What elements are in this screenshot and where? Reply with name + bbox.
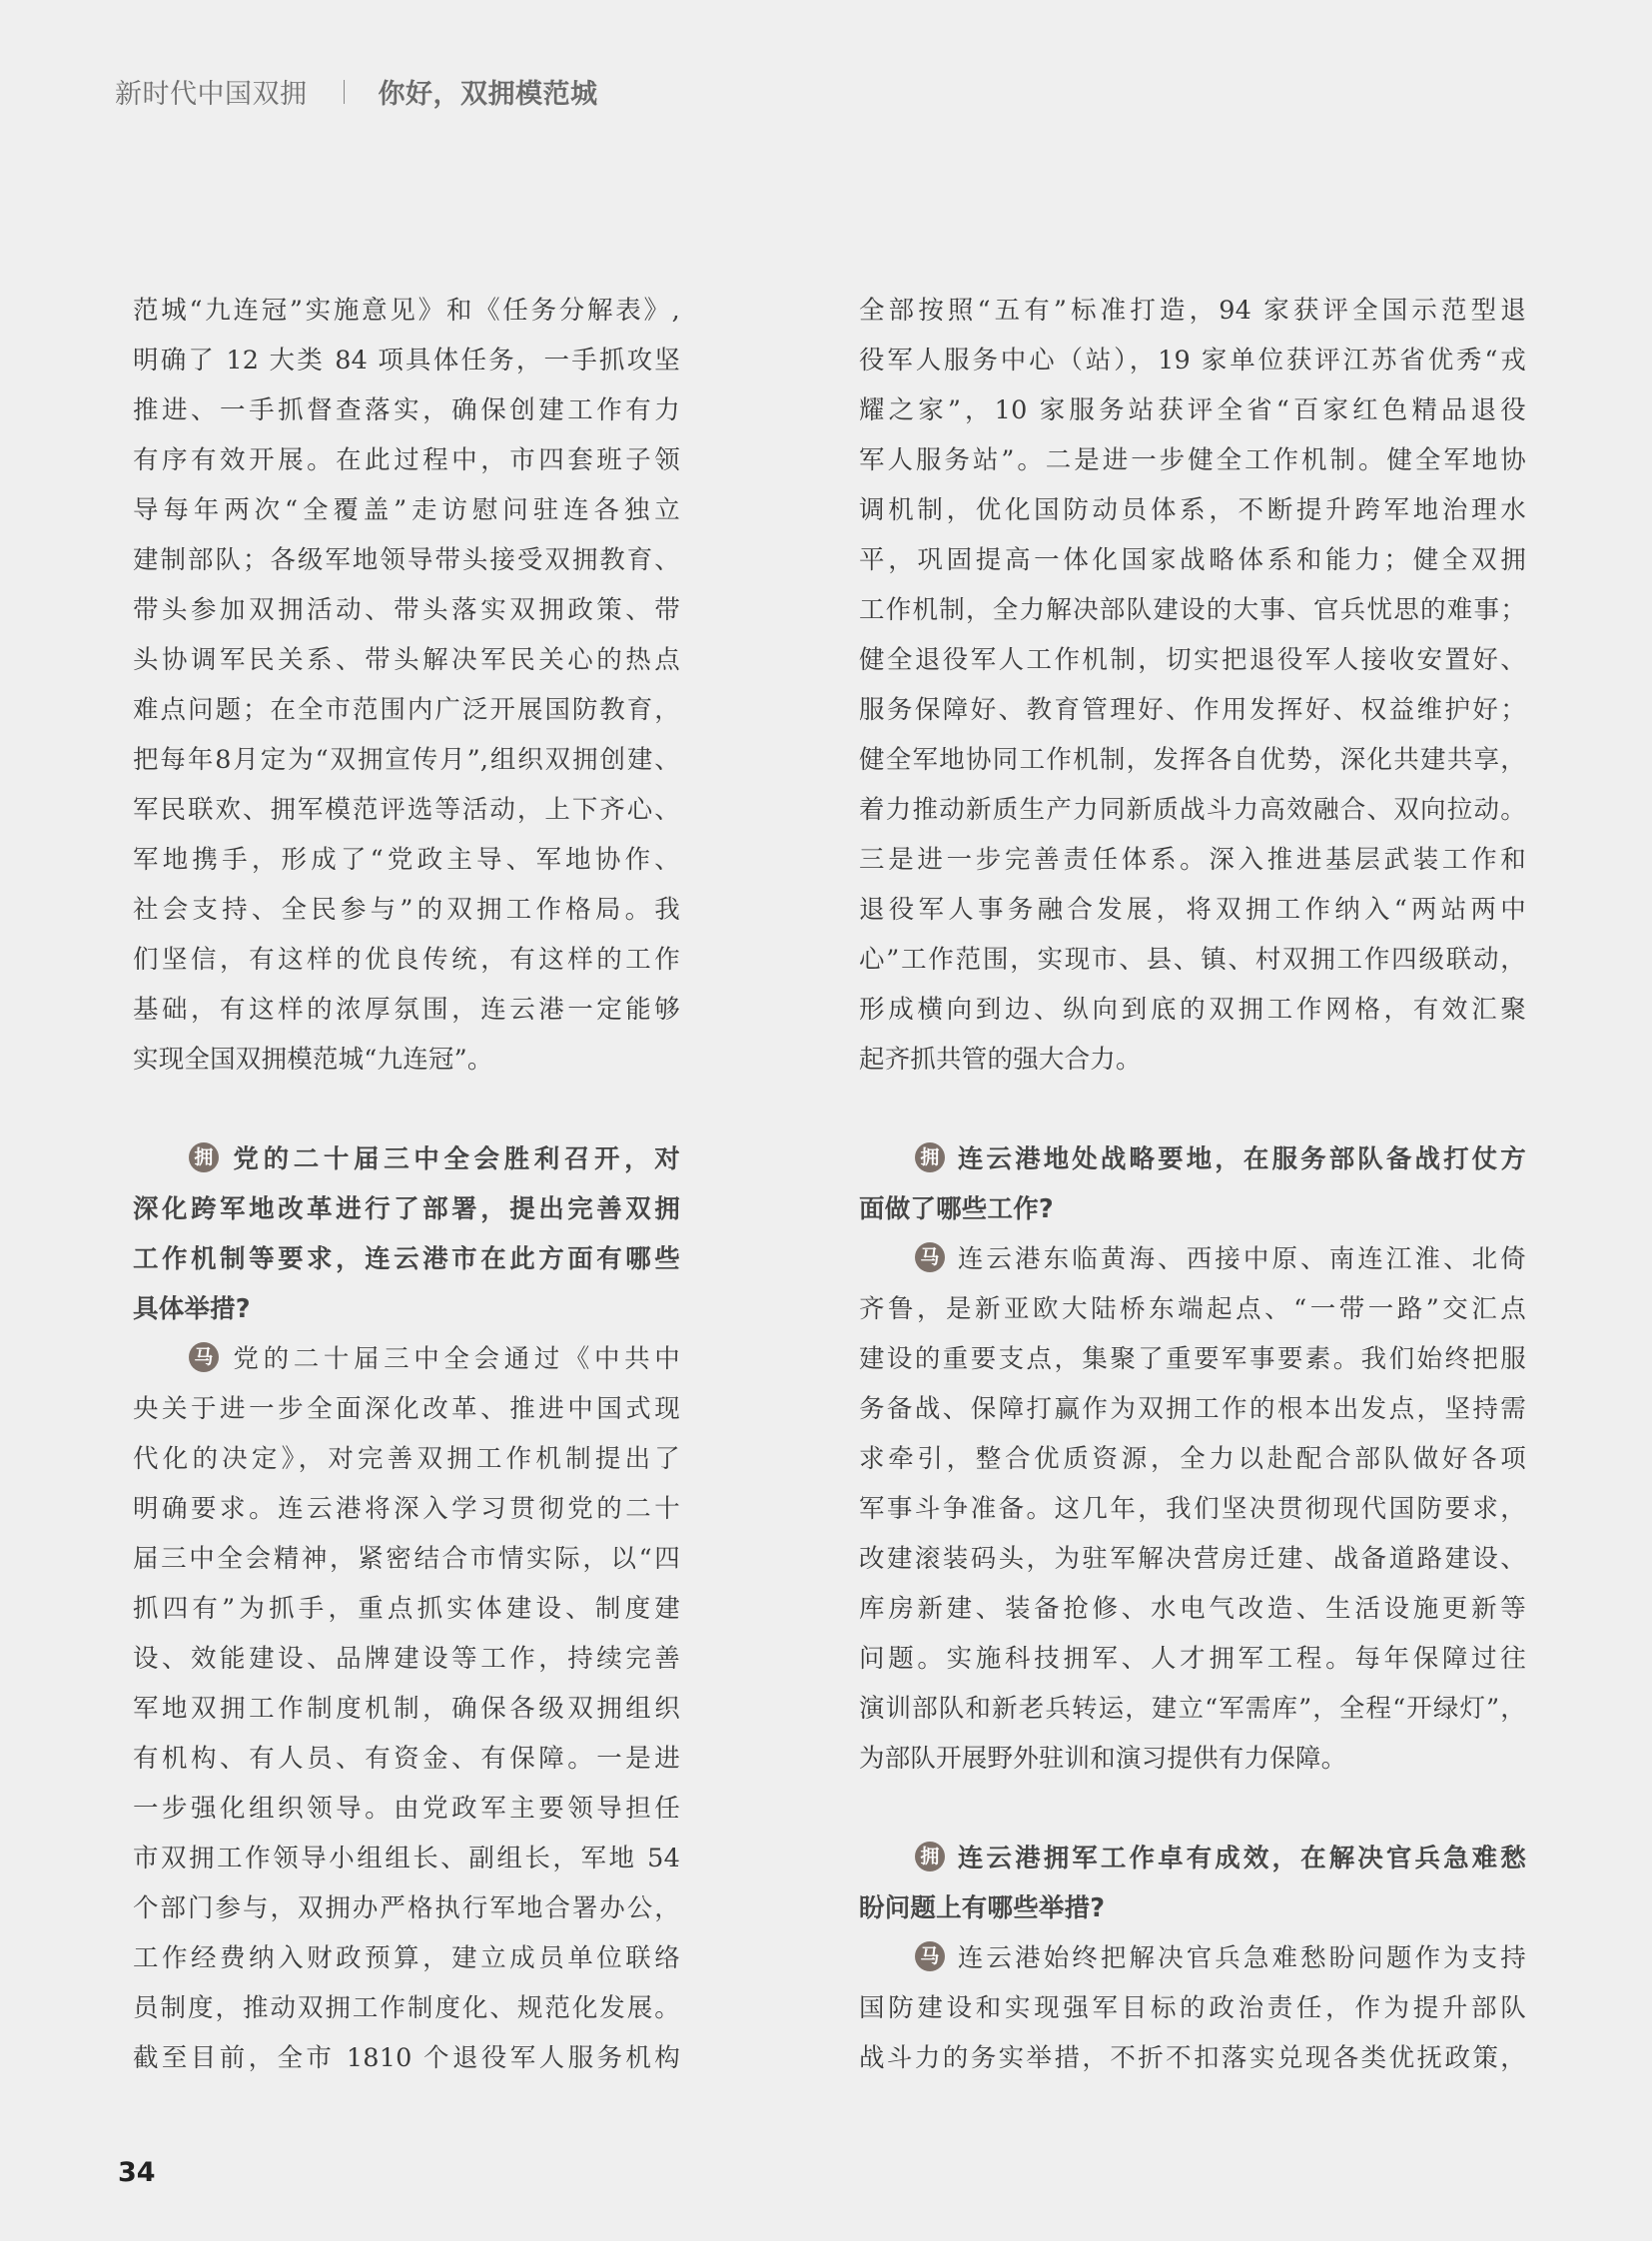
- line-text: 难点问题；在全市范围内广泛开展国防教育，: [133, 695, 680, 725]
- line-text: 党的二十届三中全会通过《中共中: [229, 1344, 680, 1374]
- text-line: 库房新建、装备抢修、水电气改造、生活设施更新等: [859, 1584, 1526, 1634]
- line-text: 健全退役军人工作机制，切实把退役军人接收安置好、: [859, 645, 1526, 675]
- line-text: 退役军人事务融合发展，将双拥工作纳入“两站两中: [859, 895, 1526, 925]
- answer-badge-icon: 马: [915, 1941, 945, 1971]
- text-line: 三是进一步完善责任体系。深入推进基层武装工作和: [859, 835, 1526, 885]
- text-line: 面做了哪些工作?: [859, 1184, 1526, 1234]
- line-text: 市双拥工作领导小组组长、副组长，军地 54: [133, 1844, 680, 1873]
- text-line: 起齐抓共管的强大合力。: [859, 1035, 1526, 1085]
- line-text: 军地携手，形成了“党政主导、军地协作、: [133, 845, 680, 875]
- text-line: 马党的二十届三中全会通过《中共中: [133, 1334, 680, 1384]
- spacer: [133, 1085, 680, 1134]
- answer-2: 马连云港东临黄海、西接中原、南连江淮、北倚齐鲁，是新亚欧大陆桥东端起点、“一带一…: [859, 1234, 1526, 1784]
- line-text: 社会支持、全民参与”的双拥工作格局。我: [133, 895, 680, 925]
- line-text: 役军人服务中心（站），19 家单位获评江苏省优秀“戎: [859, 346, 1526, 375]
- line-text: 实现全国双拥模范城“九连冠”。: [133, 1045, 493, 1075]
- intro-paragraph: 范城“九连冠”实施意见》和《任务分解表》,明确了 12 大类 84 项具体任务，…: [133, 286, 680, 1085]
- text-line: 代化的决定》，对完善双拥工作机制提出了: [133, 1434, 680, 1484]
- text-line: 市双拥工作领导小组组长、副组长，军地 54: [133, 1834, 680, 1883]
- section-title: 你好，双拥模范城: [379, 72, 598, 111]
- line-text: 建制部队；各级军地领导带头接受双拥教育、: [133, 545, 680, 575]
- text-line: 健全退役军人工作机制，切实把退役军人接收安置好、: [859, 635, 1526, 685]
- text-line: 明确了 12 大类 84 项具体任务，一手抓攻坚: [133, 336, 680, 385]
- line-text: 央关于进一步全面深化改革、推进中国式现: [133, 1394, 680, 1424]
- text-line: 们坚信，有这样的优良传统，有这样的工作: [133, 935, 680, 985]
- question-3: 拥连云港拥军工作卓有成效，在解决官兵急难愁盼问题上有哪些举措?: [859, 1834, 1526, 1933]
- line-text: 务备战、保障打赢作为双拥工作的根本出发点，坚持需: [859, 1394, 1526, 1424]
- left-column: 范城“九连冠”实施意见》和《任务分解表》,明确了 12 大类 84 项具体任务，…: [133, 286, 680, 2083]
- text-line: 难点问题；在全市范围内广泛开展国防教育，: [133, 685, 680, 735]
- text-line: 深化跨军地改革进行了部署，提出完善双拥: [133, 1184, 680, 1234]
- text-line: 届三中全会精神，紧密结合市情实际，以“四: [133, 1534, 680, 1584]
- text-line: 战斗力的务实举措，不折不扣落实兑现各类优抚政策，: [859, 2033, 1526, 2083]
- line-text: 耀之家”，10 家服务站获评全省“百家红色精品退役: [859, 395, 1526, 425]
- series-title: 新时代中国双拥: [115, 72, 308, 111]
- line-text: 心”工作范围，实现市、县、镇、村双拥工作四级联动，: [859, 945, 1526, 975]
- text-line: 改建滚装码头，为驻军解决营房迁建、战备道路建设、: [859, 1534, 1526, 1584]
- line-text: 调机制，优化国防动员体系，不断提升跨军地治理水: [859, 495, 1526, 525]
- line-text: 头协调军民关系、带头解决军民关心的热点: [133, 645, 680, 675]
- text-line: 把每年8月定为“双拥宣传月”,组织双拥创建、: [133, 735, 680, 785]
- text-line: 基础，有这样的浓厚氛围，连云港一定能够: [133, 985, 680, 1035]
- line-text: 范城“九连冠”实施意见》和《任务分解表》,: [133, 296, 680, 326]
- question-2: 拥连云港地处战略要地，在服务部队备战打仗方面做了哪些工作?: [859, 1134, 1526, 1234]
- text-line: 军人服务站”。二是进一步健全工作机制。健全军地协: [859, 435, 1526, 485]
- question-badge-icon: 拥: [915, 1142, 945, 1172]
- spacer: [859, 1784, 1526, 1834]
- answer-badge-icon: 马: [189, 1342, 219, 1372]
- line-text: 具体举措?: [133, 1294, 251, 1324]
- line-text: 员制度，推动双拥工作制度化、规范化发展。: [133, 1993, 680, 2023]
- text-line: 具体举措?: [133, 1284, 680, 1334]
- line-text: 军民联欢、拥军模范评选等活动，上下齐心、: [133, 795, 680, 825]
- text-line: 全部按照“五有”标准打造，94 家获评全国示范型退: [859, 286, 1526, 336]
- header-divider: [344, 80, 345, 104]
- question-1: 拥党的二十届三中全会胜利召开，对深化跨军地改革进行了部署，提出完善双拥工作机制等…: [133, 1134, 680, 1334]
- text-line: 问题。实施科技拥军、人才拥军工程。每年保障过往: [859, 1634, 1526, 1684]
- line-text: 库房新建、装备抢修、水电气改造、生活设施更新等: [859, 1594, 1526, 1624]
- text-line: 截至目前，全市 1810 个退役军人服务机构: [133, 2033, 680, 2083]
- line-text: 工作机制等要求，连云港市在此方面有哪些: [133, 1244, 680, 1274]
- text-line: 推进、一手抓督查落实，确保创建工作有力: [133, 385, 680, 435]
- line-text: 为部队开展野外驻训和演习提供有力保障。: [859, 1744, 1346, 1774]
- line-text: 演训部队和新老兵转运，建立“军需库”，全程“开绿灯”，: [859, 1694, 1526, 1724]
- text-line: 求牵引，整合优质资源，全力以赴配合部队做好各项: [859, 1434, 1526, 1484]
- line-text: 连云港拥军工作卓有成效，在解决官兵急难愁: [955, 1844, 1526, 1873]
- line-text: 设、效能建设、品牌建设等工作，持续完善: [133, 1644, 680, 1674]
- text-line: 齐鲁，是新亚欧大陆桥东端起点、“一带一路”交汇点: [859, 1284, 1526, 1334]
- text-line: 工作经费纳入财政预算，建立成员单位联络: [133, 1933, 680, 1983]
- text-line: 央关于进一步全面深化改革、推进中国式现: [133, 1384, 680, 1434]
- line-text: 明确要求。连云港将深入学习贯彻党的二十: [133, 1494, 680, 1524]
- line-text: 连云港地处战略要地，在服务部队备战打仗方: [955, 1144, 1526, 1174]
- line-text: 着力推动新质生产力同新质战斗力高效融合、双向拉动。: [859, 795, 1526, 825]
- text-line: 为部队开展野外驻训和演习提供有力保障。: [859, 1734, 1526, 1784]
- text-line: 导每年两次“全覆盖”走访慰问驻连各独立: [133, 485, 680, 535]
- text-line: 建设的重要支点，集聚了重要军事要素。我们始终把服: [859, 1334, 1526, 1384]
- line-text: 把每年8月定为“双拥宣传月”,组织双拥创建、: [133, 745, 680, 775]
- text-line: 健全军地协同工作机制，发挥各自优势，深化共建共享，: [859, 735, 1526, 785]
- page-number: 34: [118, 2157, 156, 2188]
- text-line: 平，巩固提高一体化国家战略体系和能力；健全双拥: [859, 535, 1526, 585]
- text-line: 设、效能建设、品牌建设等工作，持续完善: [133, 1634, 680, 1684]
- line-text: 面做了哪些工作?: [859, 1194, 1054, 1224]
- line-text: 工作机制，全力解决部队建设的大事、官兵忧思的难事；: [859, 595, 1526, 625]
- line-text: 健全军地协同工作机制，发挥各自优势，深化共建共享，: [859, 745, 1526, 775]
- line-text: 推进、一手抓督查落实，确保创建工作有力: [133, 395, 680, 425]
- text-line: 耀之家”，10 家服务站获评全省“百家红色精品退役: [859, 385, 1526, 435]
- line-text: 国防建设和实现强军目标的政治责任，作为提升部队: [859, 1993, 1526, 2023]
- line-text: 导每年两次“全覆盖”走访慰问驻连各独立: [133, 495, 680, 525]
- line-text: 代化的决定》，对完善双拥工作机制提出了: [133, 1444, 680, 1474]
- line-text: 截至目前，全市 1810 个退役军人服务机构: [133, 2043, 680, 2073]
- question-badge-icon: 拥: [915, 1842, 945, 1871]
- line-text: 一步强化组织领导。由党政军主要领导担任: [133, 1794, 680, 1824]
- line-text: 三是进一步完善责任体系。深入推进基层武装工作和: [859, 845, 1526, 875]
- line-text: 工作经费纳入财政预算，建立成员单位联络: [133, 1943, 680, 1973]
- text-line: 明确要求。连云港将深入学习贯彻党的二十: [133, 1484, 680, 1534]
- line-text: 连云港始终把解决官兵急难愁盼问题作为支持: [955, 1943, 1526, 1973]
- text-line: 范城“九连冠”实施意见》和《任务分解表》,: [133, 286, 680, 336]
- text-line: 军民联欢、拥军模范评选等活动，上下齐心、: [133, 785, 680, 835]
- question-badge-icon: 拥: [189, 1142, 219, 1172]
- text-line: 役军人服务中心（站），19 家单位获评江苏省优秀“戎: [859, 336, 1526, 385]
- line-text: 有序有效开展。在此过程中，市四套班子领: [133, 445, 680, 475]
- text-line: 工作机制，全力解决部队建设的大事、官兵忧思的难事；: [859, 585, 1526, 635]
- text-line: 着力推动新质生产力同新质战斗力高效融合、双向拉动。: [859, 785, 1526, 835]
- line-text: 军人服务站”。二是进一步健全工作机制。健全军地协: [859, 445, 1526, 475]
- text-line: 有机构、有人员、有资金、有保障。一是进: [133, 1734, 680, 1784]
- line-text: 求牵引，整合优质资源，全力以赴配合部队做好各项: [859, 1444, 1526, 1474]
- text-line: 有序有效开展。在此过程中，市四套班子领: [133, 435, 680, 485]
- line-text: 全部按照“五有”标准打造，94 家获评全国示范型退: [859, 296, 1526, 326]
- text-line: 抓四有”为抓手，重点抓实体建设、制度建: [133, 1584, 680, 1634]
- line-text: 战斗力的务实举措，不折不扣落实兑现各类优抚政策，: [859, 2043, 1526, 2073]
- line-text: 建设的重要支点，集聚了重要军事要素。我们始终把服: [859, 1344, 1526, 1374]
- line-text: 党的二十届三中全会胜利召开，对: [229, 1144, 680, 1174]
- line-text: 们坚信，有这样的优良传统，有这样的工作: [133, 945, 680, 975]
- line-text: 盼问题上有哪些举措?: [859, 1893, 1105, 1923]
- text-line: 马连云港东临黄海、西接中原、南连江淮、北倚: [859, 1234, 1526, 1284]
- line-text: 有机构、有人员、有资金、有保障。一是进: [133, 1744, 680, 1774]
- line-text: 军地双拥工作制度机制，确保各级双拥组织: [133, 1694, 680, 1724]
- running-header: 新时代中国双拥 你好，双拥模范城: [115, 72, 598, 111]
- spacer: [859, 1085, 1526, 1134]
- text-line: 军事斗争准备。这几年，我们坚决贯彻现代国防要求，: [859, 1484, 1526, 1534]
- text-line: 马连云港始终把解决官兵急难愁盼问题作为支持: [859, 1933, 1526, 1983]
- text-line: 工作机制等要求，连云港市在此方面有哪些: [133, 1234, 680, 1284]
- text-line: 拥连云港地处战略要地，在服务部队备战打仗方: [859, 1134, 1526, 1184]
- text-line: 一步强化组织领导。由党政军主要领导担任: [133, 1784, 680, 1834]
- text-line: 员制度，推动双拥工作制度化、规范化发展。: [133, 1983, 680, 2033]
- text-line: 军地携手，形成了“党政主导、军地协作、: [133, 835, 680, 885]
- continued-paragraph: 全部按照“五有”标准打造，94 家获评全国示范型退役军人服务中心（站），19 家…: [859, 286, 1526, 1085]
- line-text: 届三中全会精神，紧密结合市情实际，以“四: [133, 1544, 680, 1574]
- line-text: 军事斗争准备。这几年，我们坚决贯彻现代国防要求，: [859, 1494, 1526, 1524]
- line-text: 个部门参与，双拥办严格执行军地合署办公，: [133, 1893, 680, 1923]
- right-column: 全部按照“五有”标准打造，94 家获评全国示范型退役军人服务中心（站），19 家…: [859, 286, 1526, 2083]
- text-line: 军地双拥工作制度机制，确保各级双拥组织: [133, 1684, 680, 1734]
- line-text: 带头参加双拥活动、带头落实双拥政策、带: [133, 595, 680, 625]
- line-text: 基础，有这样的浓厚氛围，连云港一定能够: [133, 995, 680, 1025]
- text-line: 社会支持、全民参与”的双拥工作格局。我: [133, 885, 680, 935]
- text-line: 头协调军民关系、带头解决军民关心的热点: [133, 635, 680, 685]
- text-line: 演训部队和新老兵转运，建立“军需库”，全程“开绿灯”，: [859, 1684, 1526, 1734]
- text-line: 形成横向到边、纵向到底的双拥工作网格，有效汇聚: [859, 985, 1526, 1035]
- line-text: 形成横向到边、纵向到底的双拥工作网格，有效汇聚: [859, 995, 1526, 1025]
- text-line: 务备战、保障打赢作为双拥工作的根本出发点，坚持需: [859, 1384, 1526, 1434]
- text-line: 心”工作范围，实现市、县、镇、村双拥工作四级联动，: [859, 935, 1526, 985]
- line-text: 服务保障好、教育管理好、作用发挥好、权益维护好；: [859, 695, 1526, 725]
- answer-1: 马党的二十届三中全会通过《中共中央关于进一步全面深化改革、推进中国式现代化的决定…: [133, 1334, 680, 2083]
- line-text: 深化跨军地改革进行了部署，提出完善双拥: [133, 1194, 680, 1224]
- text-line: 调机制，优化国防动员体系，不断提升跨军地治理水: [859, 485, 1526, 535]
- answer-badge-icon: 马: [915, 1242, 945, 1272]
- text-line: 退役军人事务融合发展，将双拥工作纳入“两站两中: [859, 885, 1526, 935]
- text-line: 服务保障好、教育管理好、作用发挥好、权益维护好；: [859, 685, 1526, 735]
- text-line: 实现全国双拥模范城“九连冠”。: [133, 1035, 680, 1085]
- line-text: 抓四有”为抓手，重点抓实体建设、制度建: [133, 1594, 680, 1624]
- text-line: 带头参加双拥活动、带头落实双拥政策、带: [133, 585, 680, 635]
- text-line: 国防建设和实现强军目标的政治责任，作为提升部队: [859, 1983, 1526, 2033]
- text-line: 个部门参与，双拥办严格执行军地合署办公，: [133, 1883, 680, 1933]
- text-line: 拥连云港拥军工作卓有成效，在解决官兵急难愁: [859, 1834, 1526, 1883]
- text-line: 建制部队；各级军地领导带头接受双拥教育、: [133, 535, 680, 585]
- line-text: 齐鲁，是新亚欧大陆桥东端起点、“一带一路”交汇点: [859, 1294, 1526, 1324]
- line-text: 平，巩固提高一体化国家战略体系和能力；健全双拥: [859, 545, 1526, 575]
- line-text: 改建滚装码头，为驻军解决营房迁建、战备道路建设、: [859, 1544, 1526, 1574]
- text-line: 盼问题上有哪些举措?: [859, 1883, 1526, 1933]
- line-text: 明确了 12 大类 84 项具体任务，一手抓攻坚: [133, 346, 680, 375]
- text-line: 拥党的二十届三中全会胜利召开，对: [133, 1134, 680, 1184]
- line-text: 连云港东临黄海、西接中原、南连江淮、北倚: [955, 1244, 1526, 1274]
- line-text: 起齐抓共管的强大合力。: [859, 1045, 1142, 1075]
- line-text: 问题。实施科技拥军、人才拥军工程。每年保障过往: [859, 1644, 1526, 1674]
- answer-3: 马连云港始终把解决官兵急难愁盼问题作为支持国防建设和实现强军目标的政治责任，作为…: [859, 1933, 1526, 2083]
